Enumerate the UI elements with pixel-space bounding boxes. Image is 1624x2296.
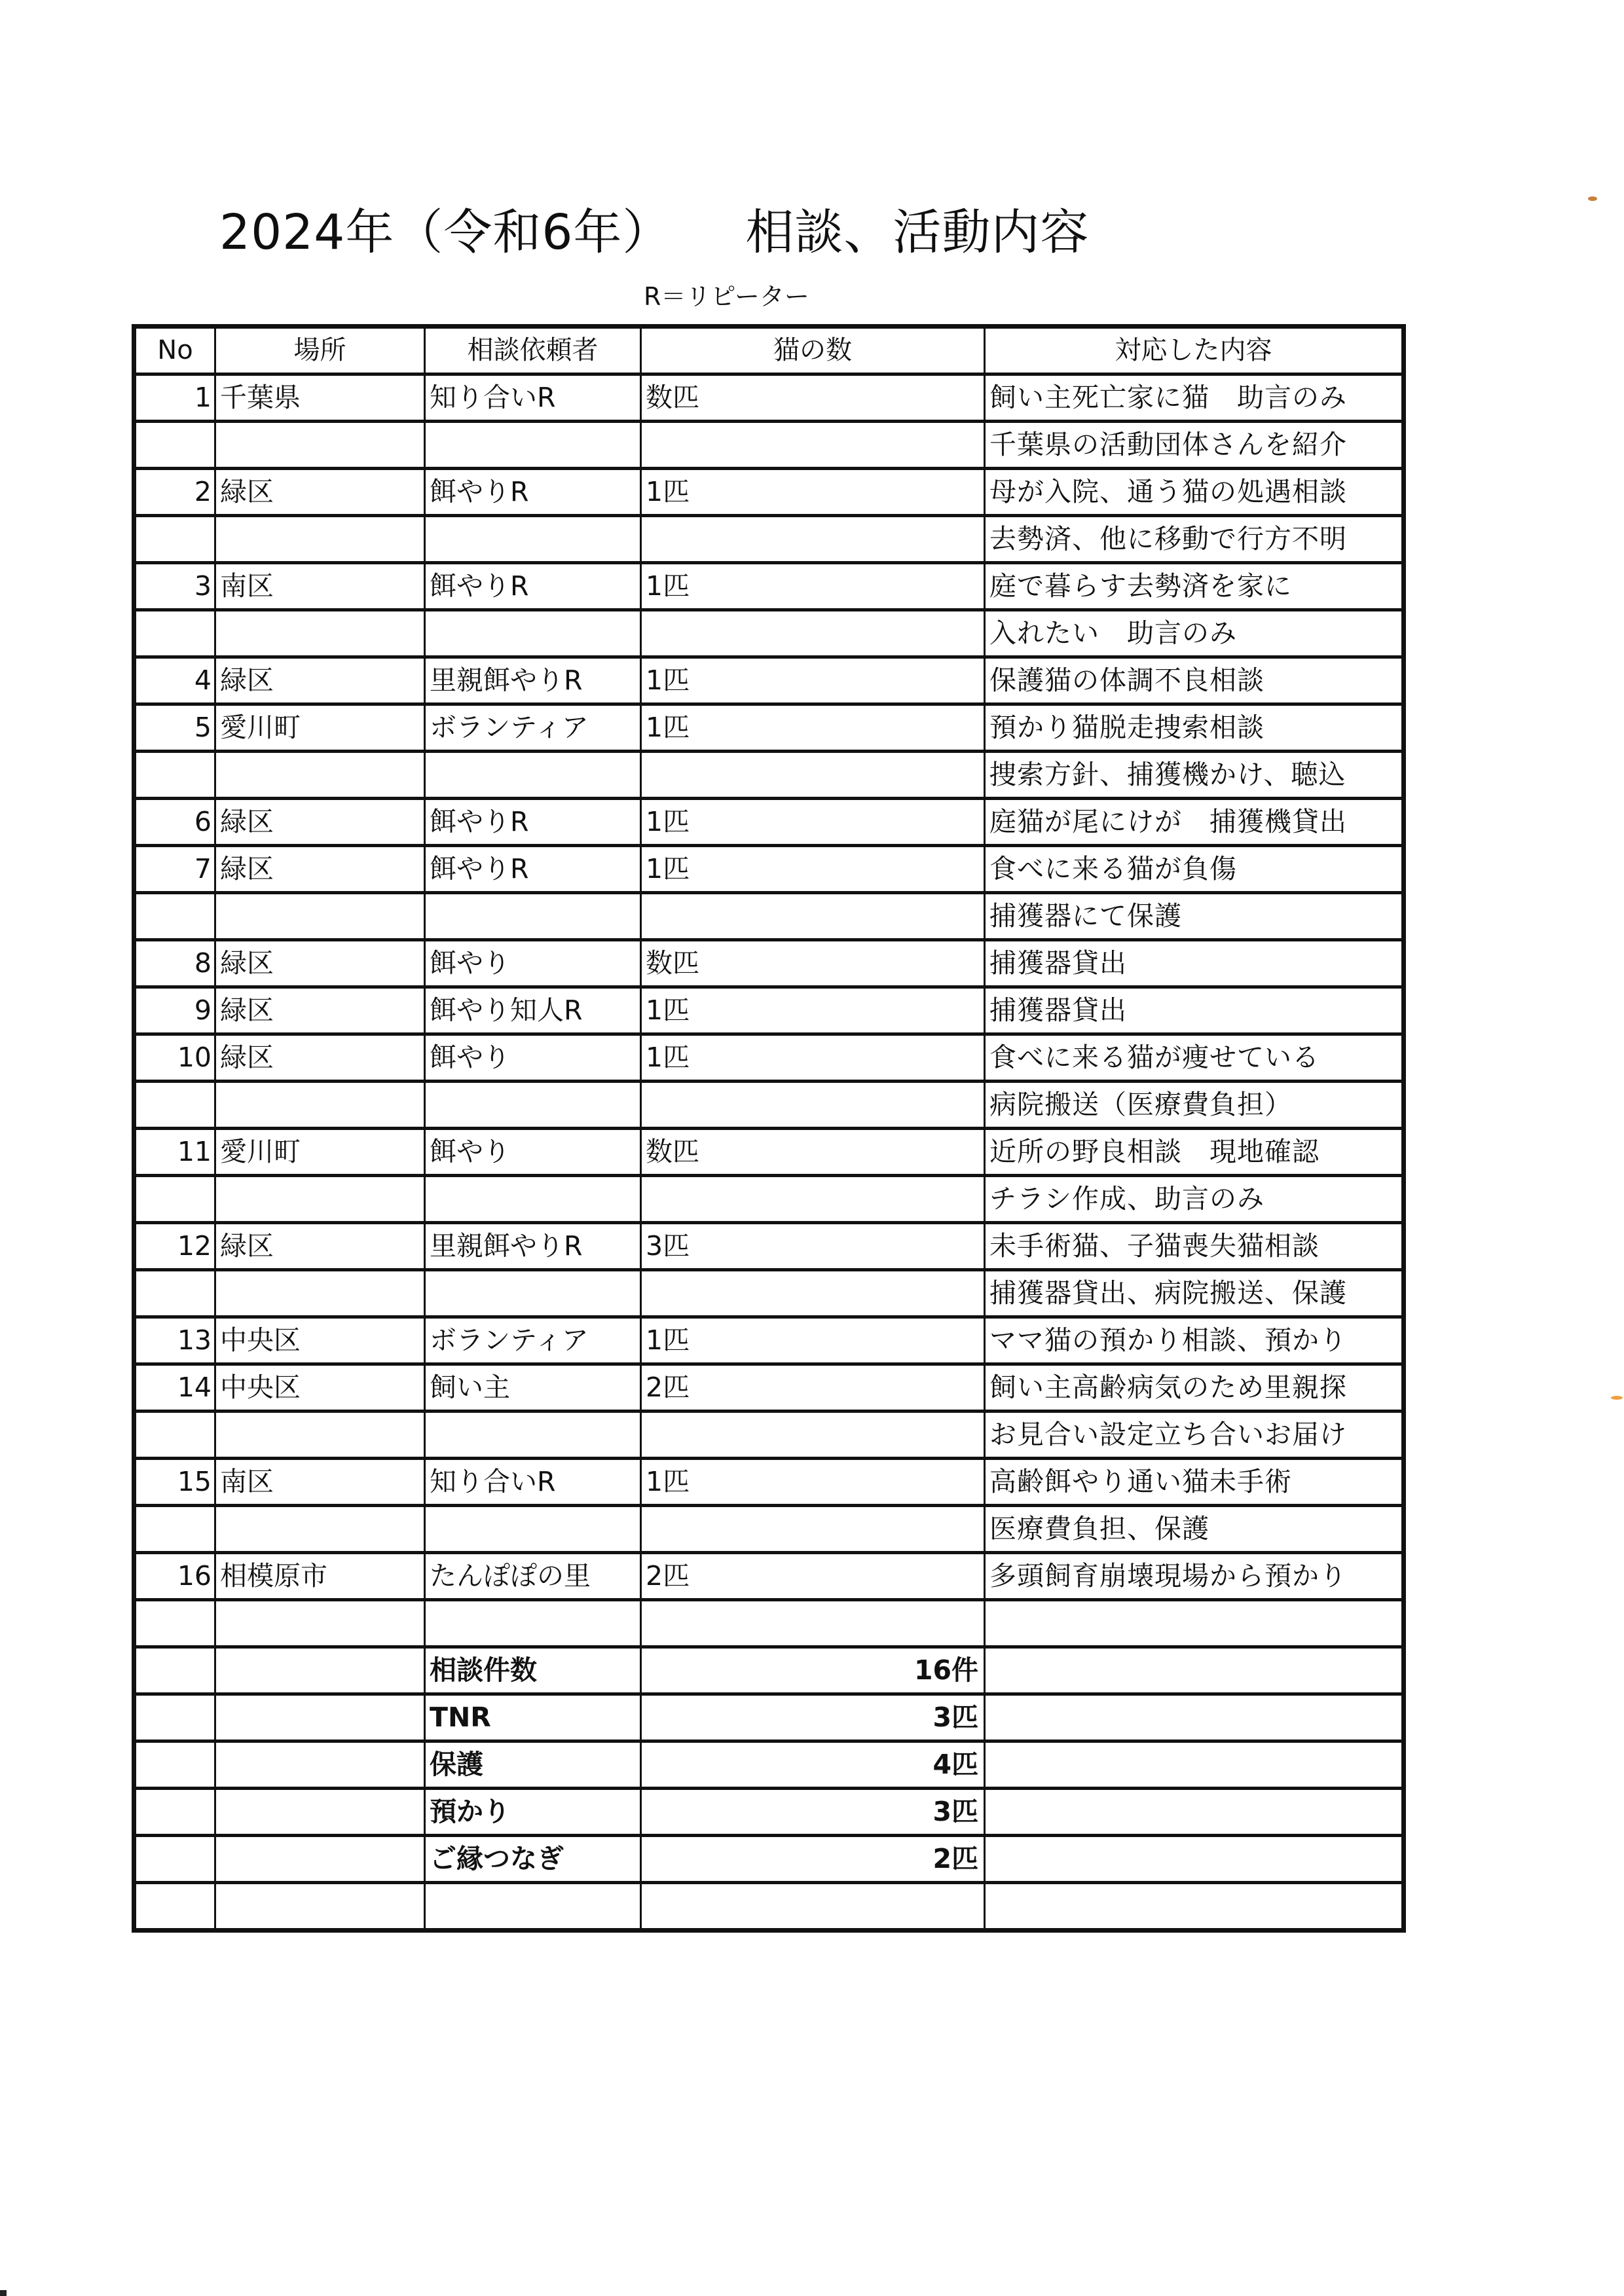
cell-place: 南区 <box>215 1459 425 1506</box>
cell-cat-count: 1匹 <box>641 563 985 610</box>
table-row: 5愛川町ボランティア1匹預かり猫脱走捜索相談 <box>134 704 1404 752</box>
cell-place: 南区 <box>215 563 425 610</box>
cell-cat-count <box>641 752 985 799</box>
cell-requester <box>425 422 641 469</box>
cell-cat-count: 数匹 <box>641 940 985 987</box>
cell-response: 飼い主死亡家に猫 助言のみ <box>985 374 1404 422</box>
cell-response <box>985 1883 1404 1931</box>
cell-place: 愛川町 <box>215 704 425 752</box>
cell-requester: 飼い主 <box>425 1364 641 1412</box>
cell-cat-count: 2匹 <box>641 1553 985 1600</box>
cell-no <box>134 752 215 799</box>
cell-requester: ボランティア <box>425 1317 641 1364</box>
cell-cat-count: 1匹 <box>641 987 985 1034</box>
cell-no <box>134 1789 215 1836</box>
cell-cat-count: 1匹 <box>641 469 985 516</box>
cell-place <box>215 1836 425 1883</box>
cell-requester: 餌やり <box>425 940 641 987</box>
cell-cat-count: 数匹 <box>641 1129 985 1176</box>
table-row: 捜索方針、捕獲機かけ、聴込 <box>134 752 1404 799</box>
cell-no <box>134 516 215 563</box>
cell-no <box>134 1176 215 1223</box>
cell-requester: ボランティア <box>425 704 641 752</box>
cell-response <box>985 1836 1404 1883</box>
summary-row: 相談件数16件 <box>134 1647 1404 1694</box>
table-row: 3南区餌やりR1匹庭で暮らす去勢済を家に <box>134 563 1404 610</box>
cell-no: 13 <box>134 1317 215 1364</box>
cell-response: 保護猫の体調不良相談 <box>985 657 1404 704</box>
summary-value: 3匹 <box>641 1694 985 1741</box>
cell-place: 緑区 <box>215 657 425 704</box>
cell-requester: 餌やり <box>425 1129 641 1176</box>
table-row: 千葉県の活動団体さんを紹介 <box>134 422 1404 469</box>
summary-value: 16件 <box>641 1647 985 1694</box>
cell-cat-count: 1匹 <box>641 657 985 704</box>
cell-response: 食べに来る猫が痩せている <box>985 1034 1404 1082</box>
table-row: 去勢済、他に移動で行方不明 <box>134 516 1404 563</box>
cell-cat-count: 3匹 <box>641 1223 985 1270</box>
cell-response: チラシ作成、助言のみ <box>985 1176 1404 1223</box>
cell-cat-count <box>641 1082 985 1129</box>
cell-no: 4 <box>134 657 215 704</box>
cell-requester: 餌やり <box>425 1034 641 1082</box>
cell-cat-count <box>641 610 985 657</box>
header-row: No 場所 相談依頼者 猫の数 対応した内容 <box>134 327 1404 374</box>
cell-cat-count <box>641 1176 985 1223</box>
header-requester: 相談依頼者 <box>425 327 641 374</box>
cell-no: 10 <box>134 1034 215 1082</box>
cell-no <box>134 1270 215 1317</box>
cell-cat-count <box>641 1412 985 1459</box>
scan-speck <box>1611 1396 1623 1400</box>
cell-place <box>215 516 425 563</box>
summary-label <box>425 1883 641 1931</box>
summary-label: TNR <box>425 1694 641 1741</box>
cell-place <box>215 1789 425 1836</box>
cell-cat-count <box>641 1600 985 1647</box>
cell-requester <box>425 1270 641 1317</box>
cell-no <box>134 610 215 657</box>
cell-requester: 知り合いR <box>425 374 641 422</box>
cell-requester <box>425 1082 641 1129</box>
cell-requester <box>425 1506 641 1553</box>
table-row: 1千葉県知り合いR数匹飼い主死亡家に猫 助言のみ <box>134 374 1404 422</box>
cell-requester <box>425 1176 641 1223</box>
table-row: 6緑区餌やりR1匹庭猫が尾にけが 捕獲機貸出 <box>134 799 1404 846</box>
cell-response: 未手術猫、子猫喪失猫相談 <box>985 1223 1404 1270</box>
cell-no <box>134 1836 215 1883</box>
cell-requester: 餌やりR <box>425 563 641 610</box>
table-row: 15南区知り合いR1匹高齢餌やり通い猫未手術 <box>134 1459 1404 1506</box>
cell-no <box>134 1647 215 1694</box>
header-content: 対応した内容 <box>985 327 1404 374</box>
table-row: 16相模原市たんぽぽの里2匹多頭飼育崩壊現場から預かり <box>134 1553 1404 1600</box>
summary-row: 預かり3匹 <box>134 1789 1404 1836</box>
cell-place <box>215 1506 425 1553</box>
summary-row <box>134 1883 1404 1931</box>
cell-place <box>215 1270 425 1317</box>
cell-place: 中央区 <box>215 1317 425 1364</box>
cell-response: 捕獲器貸出、病院搬送、保護 <box>985 1270 1404 1317</box>
cell-place: 緑区 <box>215 846 425 893</box>
cell-place: 緑区 <box>215 940 425 987</box>
cell-no <box>134 1694 215 1741</box>
cell-cat-count: 数匹 <box>641 374 985 422</box>
cell-response: 捕獲器にて保護 <box>985 893 1404 940</box>
cell-requester: 餌やりR <box>425 846 641 893</box>
cell-requester <box>425 1600 641 1647</box>
cell-place <box>215 1412 425 1459</box>
table-row: 7緑区餌やりR1匹食べに来る猫が負傷 <box>134 846 1404 893</box>
cell-place: 緑区 <box>215 799 425 846</box>
cell-response: 病院搬送（医療費負担） <box>985 1082 1404 1129</box>
header-cats: 猫の数 <box>641 327 985 374</box>
cell-response <box>985 1789 1404 1836</box>
cell-response: 捕獲器貸出 <box>985 987 1404 1034</box>
table-row: 9緑区餌やり知人R1匹捕獲器貸出 <box>134 987 1404 1034</box>
cell-requester <box>425 610 641 657</box>
cell-response: 預かり猫脱走捜索相談 <box>985 704 1404 752</box>
cell-response: 高齢餌やり通い猫未手術 <box>985 1459 1404 1506</box>
header-place: 場所 <box>215 327 425 374</box>
cell-response: 千葉県の活動団体さんを紹介 <box>985 422 1404 469</box>
cell-requester <box>425 752 641 799</box>
cell-response: お見合い設定立ち合いお届け <box>985 1412 1404 1459</box>
summary-value <box>641 1883 985 1931</box>
cell-response: 入れたい 助言のみ <box>985 610 1404 657</box>
cell-no: 11 <box>134 1129 215 1176</box>
cell-no <box>134 1741 215 1789</box>
summary-row: 保護4匹 <box>134 1741 1404 1789</box>
cell-cat-count <box>641 893 985 940</box>
cell-place <box>215 752 425 799</box>
cell-response <box>985 1694 1404 1741</box>
summary-value: 3匹 <box>641 1789 985 1836</box>
table-body: 1千葉県知り合いR数匹飼い主死亡家に猫 助言のみ千葉県の活動団体さんを紹介2緑区… <box>134 374 1404 1647</box>
page-title: 2024年（令和6年） 相談、活動内容 <box>219 200 1089 265</box>
table-row: 10緑区餌やり1匹食べに来る猫が痩せている <box>134 1034 1404 1082</box>
cell-response: 捕獲器貸出 <box>985 940 1404 987</box>
cell-requester <box>425 1412 641 1459</box>
cell-response: 去勢済、他に移動で行方不明 <box>985 516 1404 563</box>
cell-response: 捜索方針、捕獲機かけ、聴込 <box>985 752 1404 799</box>
cell-no: 9 <box>134 987 215 1034</box>
cell-no <box>134 1412 215 1459</box>
scan-speck <box>0 2290 7 2296</box>
cell-no <box>134 1600 215 1647</box>
cell-response: 庭猫が尾にけが 捕獲機貸出 <box>985 799 1404 846</box>
cell-place: 緑区 <box>215 987 425 1034</box>
cell-requester: 知り合いR <box>425 1459 641 1506</box>
cell-no: 12 <box>134 1223 215 1270</box>
cell-no: 1 <box>134 374 215 422</box>
cell-cat-count: 2匹 <box>641 1364 985 1412</box>
table-row: 11愛川町餌やり数匹近所の野良相談 現地確認 <box>134 1129 1404 1176</box>
cell-response <box>985 1741 1404 1789</box>
cell-place: 緑区 <box>215 1223 425 1270</box>
table-row: 8緑区餌やり数匹捕獲器貸出 <box>134 940 1404 987</box>
summary-value: 2匹 <box>641 1836 985 1883</box>
table-row: 2緑区餌やりR1匹母が入院、通う猫の処遇相談 <box>134 469 1404 516</box>
cell-requester: 里親餌やりR <box>425 1223 641 1270</box>
summary-row: ご縁つなぎ2匹 <box>134 1836 1404 1883</box>
summary-value: 4匹 <box>641 1741 985 1789</box>
cell-response: 母が入院、通う猫の処遇相談 <box>985 469 1404 516</box>
cell-cat-count <box>641 1270 985 1317</box>
cell-no: 3 <box>134 563 215 610</box>
table-row: お見合い設定立ち合いお届け <box>134 1412 1404 1459</box>
cell-place: 緑区 <box>215 1034 425 1082</box>
table-row: 4緑区里親餌やりR1匹保護猫の体調不良相談 <box>134 657 1404 704</box>
cell-cat-count: 1匹 <box>641 704 985 752</box>
cell-place <box>215 1600 425 1647</box>
cell-place <box>215 1883 425 1931</box>
cell-place: 中央区 <box>215 1364 425 1412</box>
summary-label: 相談件数 <box>425 1647 641 1694</box>
cell-no: 2 <box>134 469 215 516</box>
cell-no: 8 <box>134 940 215 987</box>
cell-response: 多頭飼育崩壊現場から預かり <box>985 1553 1404 1600</box>
cell-place <box>215 893 425 940</box>
cell-no <box>134 422 215 469</box>
cell-cat-count: 1匹 <box>641 1459 985 1506</box>
cell-cat-count <box>641 1506 985 1553</box>
cell-no: 6 <box>134 799 215 846</box>
cell-place: 相模原市 <box>215 1553 425 1600</box>
cell-no <box>134 1082 215 1129</box>
summary-label: ご縁つなぎ <box>425 1836 641 1883</box>
cell-response <box>985 1647 1404 1694</box>
cell-no <box>134 1506 215 1553</box>
cell-cat-count: 1匹 <box>641 846 985 893</box>
repeater-legend: R＝リピーター <box>644 280 809 313</box>
cell-response <box>985 1600 1404 1647</box>
table-row: 捕獲器にて保護 <box>134 893 1404 940</box>
cell-cat-count: 1匹 <box>641 1034 985 1082</box>
cell-place <box>215 1082 425 1129</box>
table-row: 捕獲器貸出、病院搬送、保護 <box>134 1270 1404 1317</box>
cell-place <box>215 422 425 469</box>
cell-requester: 里親餌やりR <box>425 657 641 704</box>
summary-label: 預かり <box>425 1789 641 1836</box>
cell-place: 緑区 <box>215 469 425 516</box>
cell-place <box>215 1741 425 1789</box>
scan-speck <box>1588 196 1597 201</box>
cell-no <box>134 1883 215 1931</box>
cell-place <box>215 1647 425 1694</box>
cell-cat-count <box>641 516 985 563</box>
cell-cat-count: 1匹 <box>641 799 985 846</box>
cell-requester <box>425 516 641 563</box>
cell-place <box>215 610 425 657</box>
cell-no: 5 <box>134 704 215 752</box>
cell-no: 14 <box>134 1364 215 1412</box>
cell-response: 飼い主高齢病気のため里親探 <box>985 1364 1404 1412</box>
cell-response: 食べに来る猫が負傷 <box>985 846 1404 893</box>
cell-cat-count <box>641 422 985 469</box>
cell-response: 医療費負担、保護 <box>985 1506 1404 1553</box>
cell-place <box>215 1176 425 1223</box>
consultation-table: No 場所 相談依頼者 猫の数 対応した内容 1千葉県知り合いR数匹飼い主死亡家… <box>132 324 1406 1933</box>
cell-no: 7 <box>134 846 215 893</box>
summary-body: 相談件数16件TNR3匹保護4匹預かり3匹ご縁つなぎ2匹 <box>134 1647 1404 1931</box>
table-row: 12緑区里親餌やりR3匹未手術猫、子猫喪失猫相談 <box>134 1223 1404 1270</box>
table-row: 13中央区ボランティア1匹ママ猫の預かり相談、預かり <box>134 1317 1404 1364</box>
cell-place: 愛川町 <box>215 1129 425 1176</box>
cell-response: 庭で暮らす去勢済を家に <box>985 563 1404 610</box>
cell-no <box>134 893 215 940</box>
cell-place: 千葉県 <box>215 374 425 422</box>
cell-cat-count: 1匹 <box>641 1317 985 1364</box>
table-row: 医療費負担、保護 <box>134 1506 1404 1553</box>
cell-response: ママ猫の預かり相談、預かり <box>985 1317 1404 1364</box>
table-row: 病院搬送（医療費負担） <box>134 1082 1404 1129</box>
table-row: 入れたい 助言のみ <box>134 610 1404 657</box>
summary-row: TNR3匹 <box>134 1694 1404 1741</box>
cell-place <box>215 1694 425 1741</box>
cell-response: 近所の野良相談 現地確認 <box>985 1129 1404 1176</box>
table-row <box>134 1600 1404 1647</box>
cell-requester: 餌やりR <box>425 469 641 516</box>
cell-requester <box>425 893 641 940</box>
table-row: 14中央区飼い主2匹飼い主高齢病気のため里親探 <box>134 1364 1404 1412</box>
summary-label: 保護 <box>425 1741 641 1789</box>
cell-requester: たんぽぽの里 <box>425 1553 641 1600</box>
cell-no: 16 <box>134 1553 215 1600</box>
cell-no: 15 <box>134 1459 215 1506</box>
cell-requester: 餌やり知人R <box>425 987 641 1034</box>
table-row: チラシ作成、助言のみ <box>134 1176 1404 1223</box>
cell-requester: 餌やりR <box>425 799 641 846</box>
header-no: No <box>134 327 215 374</box>
